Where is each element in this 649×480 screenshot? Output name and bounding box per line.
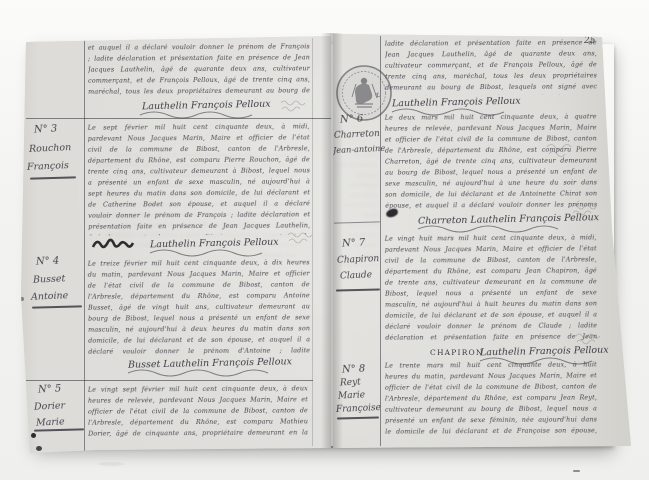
act-body-handwriting: ladite déclaration et présentation faite… [385,37,597,95]
margin-underline [337,416,379,419]
faded-margin-note [280,99,306,113]
act-body-handwriting: et auquel il a déclaré vouloir donner le… [88,41,310,99]
act-body-handwriting: Le sept février mil huit cent cinquante … [88,121,311,235]
act-number: N° 4 [36,255,60,267]
act-body-handwriting: Le trente mars mil huit cent cinquante d… [385,359,597,438]
margin-underline [34,428,84,431]
act-number: N° 7 [342,237,366,249]
act-separator-rule [26,380,313,381]
act-signature-caps: CHAPIRON [430,348,484,357]
margin-underline [30,176,76,179]
faded-margin-note [575,332,601,346]
scan-smudge [98,462,124,466]
ink-speck [36,446,42,451]
faded-margin-note [287,231,313,245]
act-surname: Dorier [34,400,66,412]
scan-speck [573,470,580,472]
act-number: N° 3 [34,123,58,135]
faded-margin-note [571,203,597,217]
act-given-name: Antoine [31,290,69,303]
edge-stain [16,350,19,353]
act-body-handwriting: Le treize février mil huit cent cinquant… [88,257,311,357]
ink-showthrough: faite en présence de âgé de quarante deu… [338,150,378,270]
act-number: N° 5 [38,383,62,395]
act-body-handwriting: Le vingt sept février mil huit cent cinq… [88,383,308,440]
act-body-handwriting: Le vingt huit mars mil huit cent cinquan… [385,232,598,343]
act-surname: Chapiron [337,254,380,266]
signature-flourish [138,111,258,119]
gutter-shadow [321,33,343,448]
act-surname: Busset [33,273,66,285]
heavy-ink-scrawl [91,237,135,252]
act-given-name: Claude [340,270,372,281]
signature-flourish [148,249,268,257]
act-body-handwriting: Le deux mars mil huit cent cinquante deu… [385,111,598,212]
act-number: N° 8 [342,363,366,375]
act-given-name: François [27,160,69,173]
margin-rule-left-page [84,40,85,452]
act-surname: Rouchon [29,142,72,155]
edge-stain [20,297,24,301]
act-given-name: Marie [36,416,65,428]
ink-speck [31,433,36,438]
scanned-register-spread: et auquel il a déclaré vouloir donner le… [0,0,649,480]
act-number: N° 6 [340,113,364,125]
signature-flourish [126,369,276,377]
margin-underline [32,305,82,308]
